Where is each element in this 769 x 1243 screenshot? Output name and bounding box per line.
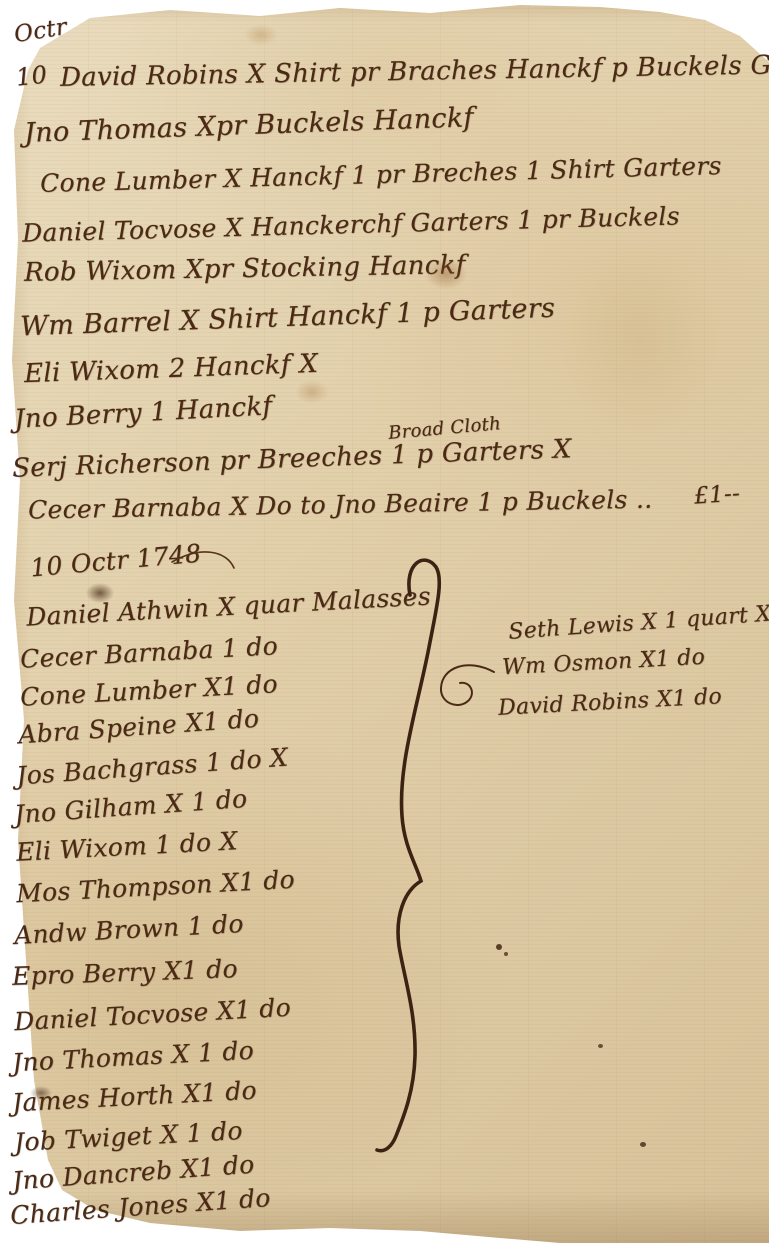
manuscript-page: Octr 10 David Robins X Shirt pr Braches … [0,0,769,1243]
spiral-flourish [441,665,494,705]
